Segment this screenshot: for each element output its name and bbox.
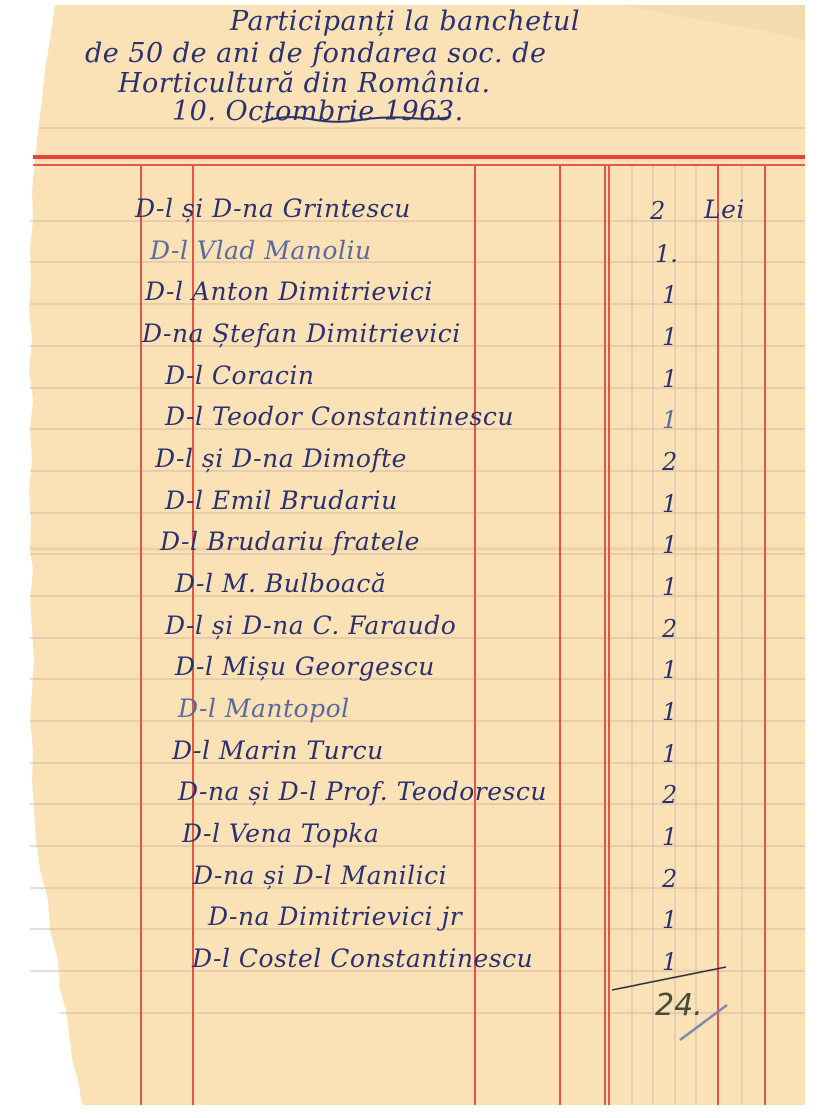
title-line-3: Horticultură din România.: [118, 68, 491, 99]
participant-name: D-l Mișu Georgescu: [175, 652, 435, 681]
participant-count: 1: [662, 365, 677, 393]
participant-count: 1: [662, 573, 677, 601]
unit-label: Lei: [704, 195, 745, 224]
participant-name: D-l Mantopol: [178, 694, 350, 723]
participant-count: 1: [662, 281, 677, 309]
participant-name: D-l Coracin: [165, 361, 315, 390]
participant-count: 1: [662, 406, 677, 434]
participant-name: D-l și D-na Grintescu: [135, 194, 411, 223]
participant-count: 1: [662, 490, 677, 518]
participant-count: 2: [650, 197, 665, 225]
participant-count: 1: [662, 323, 677, 351]
participant-count: 1: [662, 531, 677, 559]
participant-name: D-l Costel Constantinescu: [192, 944, 533, 973]
title-line-1: Participanți la banchetul: [230, 6, 580, 37]
participant-count: 1: [662, 656, 677, 684]
total-count: 24.: [655, 988, 703, 1023]
participant-name: D-l M. Bulboacă: [175, 569, 386, 598]
participant-count: 2: [662, 615, 677, 643]
title-line-4: 10. Octombrie 1963.: [172, 96, 464, 127]
participant-name: D-na și D-l Prof. Teodorescu: [178, 777, 547, 806]
participant-count: 1: [662, 740, 677, 768]
participant-name: D-l Marin Turcu: [172, 736, 384, 765]
participant-name: D-na Dimitrievici jr: [208, 902, 462, 931]
participant-name: D-l și D-na C. Faraudo: [165, 611, 456, 640]
participant-name: D-l și D-na Dimofte: [155, 444, 407, 473]
participant-count: 1: [662, 823, 677, 851]
participant-name: D-l Emil Brudariu: [165, 486, 398, 515]
participant-name: D-l Vena Topka: [182, 819, 379, 848]
participant-count: 1: [662, 948, 677, 976]
participant-name: D-na și D-l Manilici: [193, 861, 447, 890]
participant-count: 1: [662, 698, 677, 726]
participant-name: D-l Anton Dimitrievici: [145, 277, 433, 306]
participant-count: 2: [662, 448, 677, 476]
participant-name: D-l Vlad Manoliu: [150, 236, 372, 265]
participant-count: 2: [662, 781, 677, 809]
participant-count: 1: [662, 906, 677, 934]
participant-name: D-l Brudariu fratele: [160, 527, 420, 556]
title-line-2: de 50 de ani de fondarea soc. de: [85, 38, 546, 69]
ledger-sheet: Participanți la banchetul de 50 de ani d…: [0, 0, 825, 1118]
participant-count: 2: [662, 865, 677, 893]
participant-name: D-na Ștefan Dimitrievici: [142, 319, 461, 348]
participant-name: D-l Teodor Constantinescu: [165, 402, 514, 431]
participant-count: 1.: [655, 240, 678, 268]
